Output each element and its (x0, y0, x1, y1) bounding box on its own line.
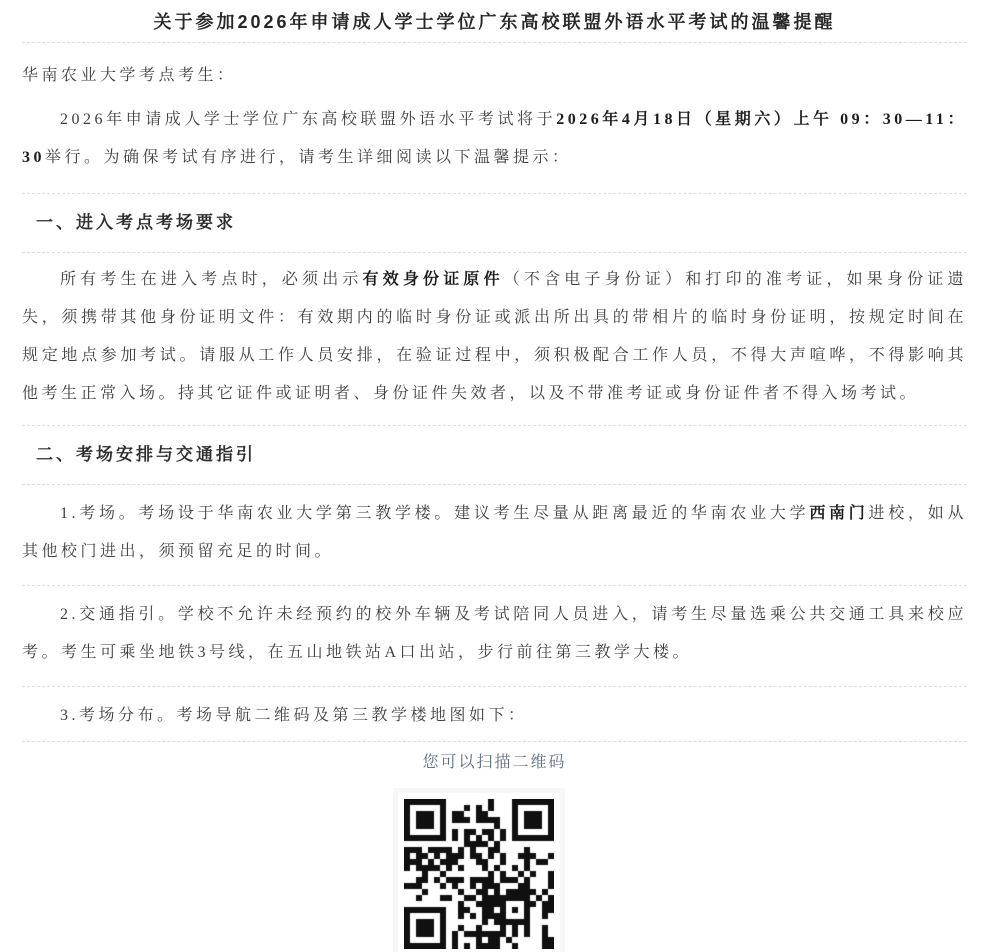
traffic-paragraph: 2.交通指引。学校不允许未经预约的校外车辆及考试陪同人员进入，请考生尽量选乘公共… (22, 596, 967, 672)
distribution-item-block: 3.考场分布。考场导航二维码及第三教学楼地图如下： (22, 686, 967, 741)
id-card-requirement: 有效身份证原件 (363, 271, 504, 288)
section1-paragraph: 所有考生在进入考点时，必须出示有效身份证原件（不含电子身份证）和打印的准考证，如… (22, 261, 967, 413)
section1-body-block: 所有考生在进入考点时，必须出示有效身份证原件（不含电子身份证）和打印的准考证，如… (22, 252, 967, 425)
intro-text-pre: 2026年申请成人学士学位广东高校联盟外语水平考试将于 (60, 111, 556, 128)
qr-code (404, 799, 554, 949)
qr-image-background (398, 793, 560, 952)
distribution-paragraph: 3.考场分布。考场导航二维码及第三教学楼地图如下： (22, 697, 967, 735)
section1-text-pre: 所有考生在进入考点时，必须出示 (60, 271, 363, 288)
greeting-paragraph: 华南农业大学考点考生： (22, 57, 967, 95)
section2-heading: 二、考场安排与交通指引 (22, 436, 967, 474)
qr-frame (393, 788, 565, 952)
qr-scan-hint: 您可以扫描二维码 (22, 744, 967, 782)
section2-heading-block: 二、考场安排与交通指引 (22, 425, 967, 484)
section1-text-post: （不含电子身份证）和打印的准考证，如果身份证遗失，须携带其他身份证明文件：有效期… (22, 271, 967, 402)
section1-heading: 一、进入考点考场要求 (22, 204, 967, 242)
southwest-gate: 西南门 (809, 505, 868, 522)
traffic-item-block: 2.交通指引。学校不允许未经预约的校外车辆及考试陪同人员进入，请考生尽量选乘公共… (22, 585, 967, 686)
venue-paragraph: 1.考场。考场设于华南农业大学第三教学楼。建议考生尽量从距离最近的华南农业大学西… (22, 495, 967, 571)
venue-text-pre: 1.考场。考场设于华南农业大学第三教学楼。建议考生尽量从距离最近的华南农业大学 (60, 505, 809, 522)
section1-heading-block: 一、进入考点考场要求 (22, 193, 967, 252)
notice-document: 关于参加2026年申请成人学士学位广东高校联盟外语水平考试的温馨提醒 华南农业大… (0, 0, 989, 952)
document-title: 关于参加2026年申请成人学士学位广东高校联盟外语水平考试的温馨提醒 (22, 0, 967, 42)
qr-section: 您可以扫描二维码 (22, 741, 967, 952)
intro-text-post: 举行。为确保考试有序进行，请考生详细阅读以下温馨提示： (45, 149, 572, 166)
venue-item-block: 1.考场。考场设于华南农业大学第三教学楼。建议考生尽量从距离最近的华南农业大学西… (22, 484, 967, 585)
intro-paragraph: 2026年申请成人学士学位广东高校联盟外语水平考试将于2026年4月18日（星期… (22, 101, 967, 177)
intro-section: 华南农业大学考点考生： 2026年申请成人学士学位广东高校联盟外语水平考试将于2… (22, 42, 967, 193)
